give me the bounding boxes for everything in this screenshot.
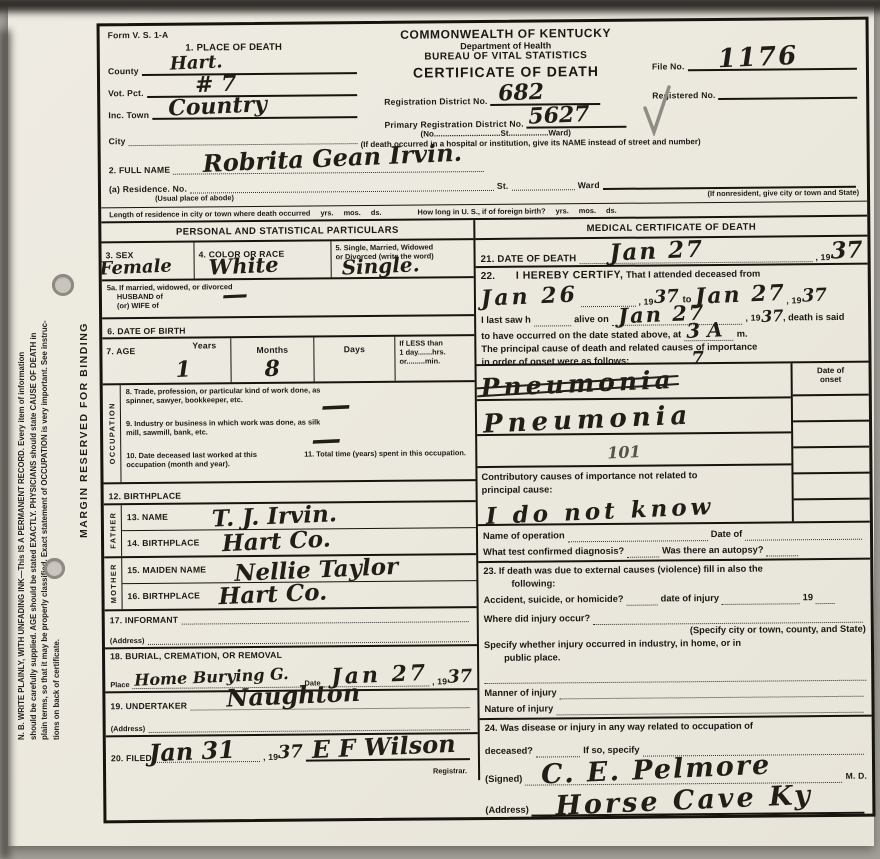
q21-label: 21. DATE OF DEATH <box>481 253 577 265</box>
last-saw-text: I last saw h <box>481 314 531 327</box>
physician-address-label: (Address) <box>485 804 529 817</box>
alive-on-text: alive on <box>574 313 609 326</box>
bureau-subtitle: BUREAU OF VITAL STATISTICS <box>360 50 652 64</box>
q13-label: 13. NAME <box>127 512 168 522</box>
cause-of-death-grid: Pneumonia Pneumonia 101 Contributory cau… <box>477 361 870 524</box>
file-no-label: File No. <box>652 61 685 71</box>
abode-note: (Usual place of abode) <box>109 193 234 203</box>
days-header: Days <box>344 344 365 354</box>
md-label: M. D. <box>846 770 868 783</box>
commonwealth-title: COMMONWEALTH OF KENTUCKY <box>360 26 652 43</box>
husband-value: — <box>221 281 248 308</box>
attended-to-year: 37 <box>801 287 827 306</box>
sex-value: Female <box>99 258 172 279</box>
certify-rest: That I attended deceased from <box>626 269 760 280</box>
undertaker-value: Naughton <box>226 681 361 711</box>
vot-pct-label: Vot. Pct. <box>108 88 144 98</box>
signed-label: (Signed) <box>485 773 522 786</box>
age-label: 7. AGE <box>106 346 135 356</box>
race-value: White <box>208 254 279 278</box>
q20-label: 20. FILED <box>111 753 152 763</box>
registrar-signature: E F Wilson <box>312 732 457 762</box>
margin-binding-label: MARGIN RESERVED FOR BINDING <box>78 250 98 610</box>
margin-note: N. B. WRITE PLAINLY, WITH UNFADING INK—T… <box>16 120 72 740</box>
q19-label: 19. UNDERTAKER <box>110 701 187 712</box>
year-printed: , 19 <box>815 252 830 262</box>
primary-district-value: 5627 <box>528 103 590 128</box>
death-said-text: , death is said <box>783 311 845 325</box>
date-of-death-year: 37 <box>830 238 863 262</box>
time-of-death-value: 3 A <box>686 319 723 341</box>
county-label: County <box>108 66 139 76</box>
death-certificate-form: Form V. S. 1-A 1. PLACE OF DEATH County … <box>97 17 876 824</box>
pencil-checkmark-icon <box>642 84 672 136</box>
yrs-label: yrs. <box>320 208 333 217</box>
form-header: Form V. S. 1-A 1. PLACE OF DEATH County … <box>100 20 867 147</box>
q24-text: 24. Was disease or injury in any way rel… <box>485 719 867 735</box>
scan-edge-left <box>0 30 10 859</box>
q14-label: 14. BIRTHPLACE <box>127 537 200 548</box>
length-label: Length of residence in city or town wher… <box>109 209 310 220</box>
filed-year-value: 37 <box>278 743 304 762</box>
father-birthplace-value: Hart Co. <box>222 527 332 555</box>
q17-label: 17. INFORMANT <box>110 615 179 626</box>
q23-text2: following: <box>483 575 865 591</box>
certificate-title: CERTIFICATE OF DEATH <box>360 63 652 82</box>
q9-label: 9. Industry or business in which work wa… <box>126 417 336 437</box>
attended-to-value: Jan 27 <box>695 282 787 308</box>
marital-value: Single. <box>341 254 420 277</box>
file-no-value: 1176 <box>717 43 798 72</box>
years-header: Years <box>192 340 216 350</box>
mos-label: mos. <box>579 206 596 215</box>
ds-label: ds. <box>371 208 382 217</box>
last-saw-year: 37 <box>760 308 783 325</box>
cause-line3-value: 101 <box>607 444 641 461</box>
mother-birthplace-value: Hart Co. <box>218 581 328 609</box>
ward-label: Ward <box>578 180 600 190</box>
q15-label: 15. MAIDEN NAME <box>127 564 206 575</box>
year-printed: , 19 <box>786 295 801 305</box>
year-printed: , 19 <box>432 676 447 686</box>
burial-year-value: 37 <box>447 668 473 687</box>
father-vertical-label: FATHER <box>108 512 117 549</box>
q22-number: 22. <box>481 271 496 282</box>
where-injury-label: Where did injury occur? <box>484 612 591 626</box>
attended-from-value: Jan 26 <box>480 284 578 310</box>
q12-label: 12. BIRTHPLACE <box>109 490 182 501</box>
inc-town-value: Country <box>168 93 268 119</box>
date-of-death-value: Jan 27 <box>609 237 704 264</box>
full-name-label: 2. FULL NAME <box>109 165 171 176</box>
nature-label: Nature of injury <box>484 702 553 716</box>
months-header: Months <box>256 344 288 354</box>
howlong-label: How long in U. S., if of foreign birth? <box>417 206 545 216</box>
punch-hole <box>52 274 74 296</box>
dob-label: 6. DATE OF BIRTH <box>107 325 186 336</box>
accident-label: Accident, suicide, or homicide? <box>484 593 624 607</box>
year-printed: , 19 <box>745 312 760 325</box>
date-of-label: Date of <box>711 528 743 541</box>
specify-text2: public place. <box>484 649 866 665</box>
place-of-death-heading: 1. PLACE OF DEATH <box>108 41 360 54</box>
operation-label: Name of operation <box>483 529 565 543</box>
filed-date-value: Jan 31 <box>148 738 235 766</box>
year-printed: , 19 <box>263 752 278 762</box>
nineteen-label: 19 <box>803 591 813 604</box>
autopsy-label: Was there an autopsy? <box>662 544 764 558</box>
margin-note-line: should be carefully supplied. AGE should… <box>28 120 40 740</box>
personal-particulars-column: PERSONAL AND STATISTICAL PARTICULARS 3. … <box>101 220 480 783</box>
informant-address-label: (Address) <box>110 636 145 645</box>
residence-label: (a) Residence. No. <box>109 184 187 195</box>
yrs-label: yrs. <box>556 206 569 215</box>
q16-label: 16. BIRTHPLACE <box>127 590 200 601</box>
deceased-label: deceased? <box>485 745 533 758</box>
inc-town-label: Inc. Town <box>108 110 149 120</box>
q11-label: 11. Total time (years) spent in this occ… <box>304 449 470 479</box>
injury-date-label: date of injury <box>661 592 719 606</box>
m-label: m. <box>737 328 748 341</box>
manner-label: Manner of injury <box>484 686 556 700</box>
age-years-value: 1 <box>175 358 191 381</box>
registration-district-value: 682 <box>498 81 545 105</box>
q8-label: 8. Trade, profession, or particular kind… <box>126 385 336 405</box>
ds-label: ds. <box>606 206 617 215</box>
q10-label: 10. Date deceased last worked at this oc… <box>126 450 296 480</box>
st-label: St. <box>497 181 509 191</box>
contributory-label2: principal cause: <box>478 481 792 497</box>
cause-line1-struck: Pneumonia <box>480 367 675 400</box>
undertaker-address-label: (Address) <box>111 724 146 733</box>
test-label: What test confirmed diagnosis? <box>483 545 624 559</box>
burial-place-label: Place <box>110 680 129 689</box>
punch-hole <box>44 558 65 579</box>
occupation-vertical-label: OCCUPATION <box>107 402 117 464</box>
registrar-label: Registrar. <box>433 766 467 775</box>
margin-note-line: tions on back of certificate. <box>51 120 63 740</box>
scan-edge-top <box>0 0 880 12</box>
age-months-value: 8 <box>264 357 280 380</box>
form-number: Form V. S. 1-A <box>108 28 360 40</box>
certify-block: 22. I HEREBY CERTIFY, That I attended de… <box>476 263 869 364</box>
nonresident-note: (If nonresident, give city or town and S… <box>707 188 859 198</box>
margin-note-line: plain terms, so that it may be properly … <box>39 120 51 740</box>
mos-label: mos. <box>344 208 361 217</box>
certify-heading: I HEREBY CERTIFY, <box>516 269 624 282</box>
registration-district-label: Registration District No. <box>384 96 487 107</box>
medical-certificate-column: MEDICAL CERTIFICATE OF DEATH 21. DATE OF… <box>475 217 872 780</box>
city-label: City <box>109 136 126 146</box>
mother-vertical-label: MOTHER <box>108 564 117 604</box>
cause-line2-value: Pneumonia <box>483 403 693 438</box>
margin-note-line: N. B. WRITE PLAINLY, WITH UNFADING INK—T… <box>16 120 28 740</box>
